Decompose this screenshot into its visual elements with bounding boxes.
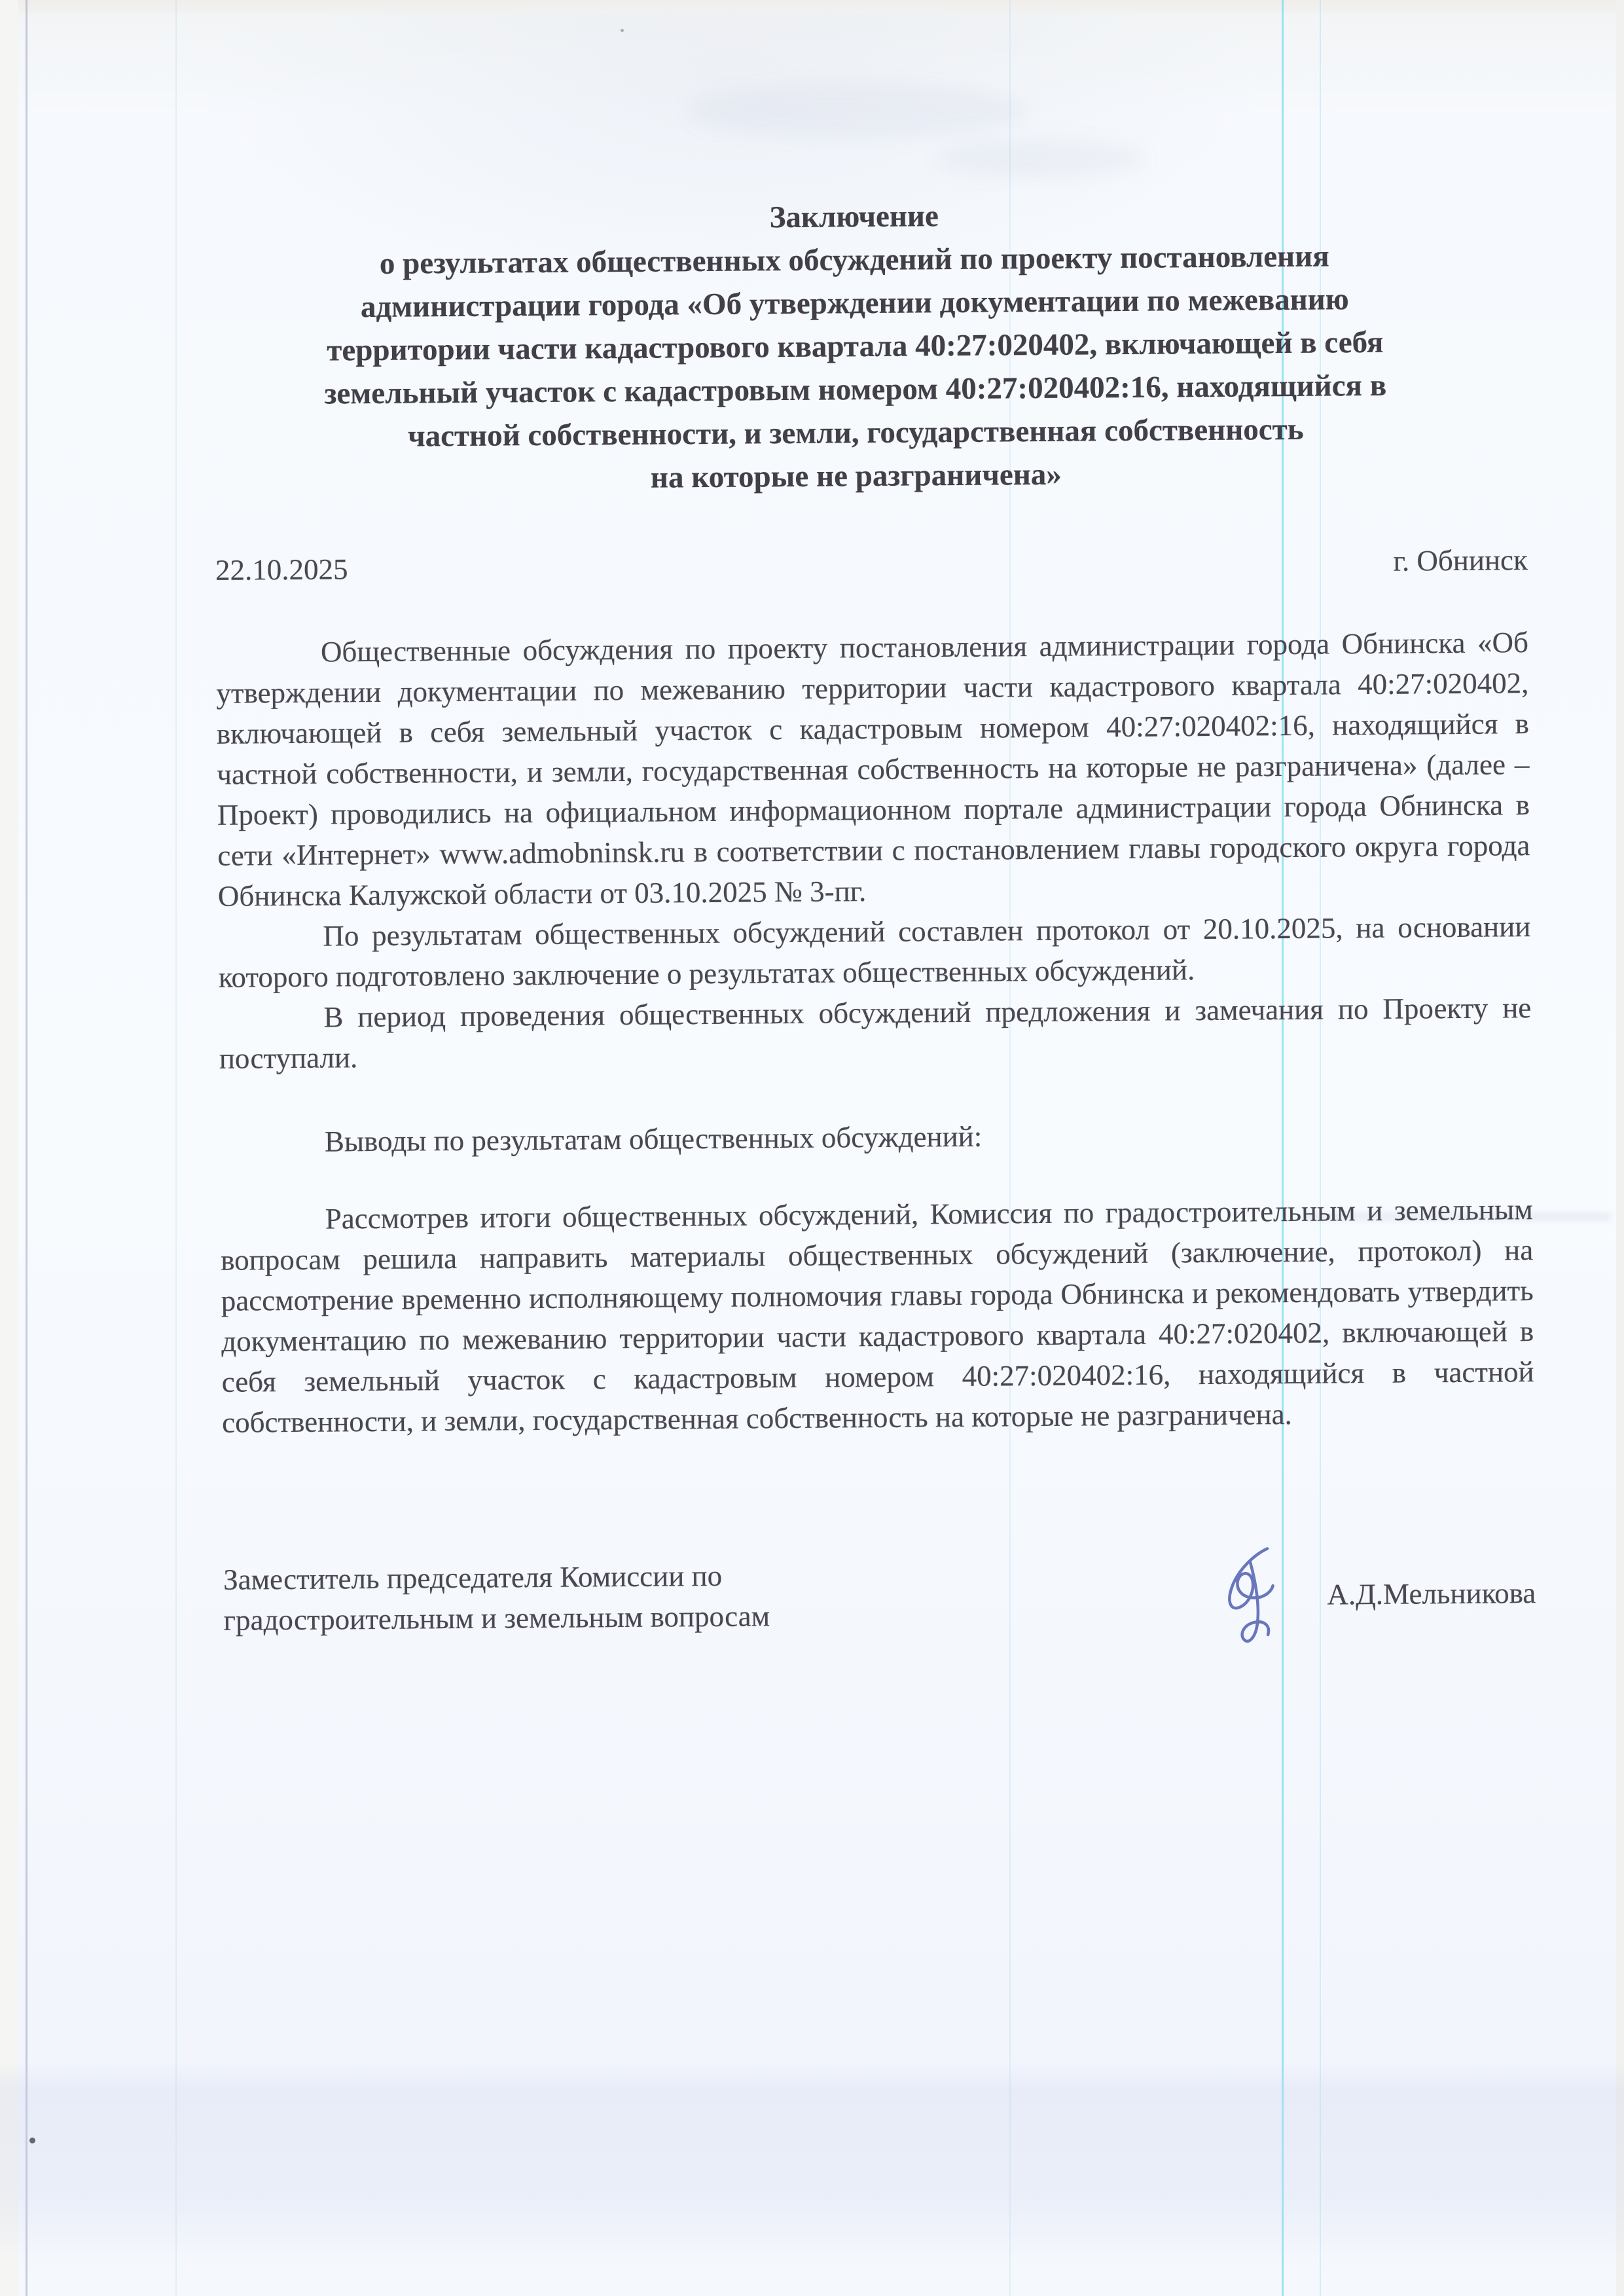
scan-edge-left [0,0,18,2296]
document-title: Заключение о результатах общественных об… [213,191,1498,503]
date-place-line: 22.10.2025 г. Обнинск [215,539,1528,591]
signatory-role: Заместитель председателя Комиссии по гра… [223,1555,770,1641]
paragraph-protocol: По результатам общественных обсуждений с… [218,906,1531,998]
signature-block: Заместитель председателя Комиссии по гра… [223,1549,1536,1641]
paragraph-discussions-held: Общественные обсуждения по проекту поста… [216,622,1530,917]
conclusions-heading: Выводы по результатам общественных обсуж… [220,1112,1532,1163]
paragraph-no-comments: В период проведения общественных обсужде… [219,987,1532,1079]
scanner-line-faint-1 [175,0,177,2296]
paragraph-conclusion: Рассмотрев итоги общественных обсуждений… [221,1189,1535,1443]
scan-fold-line [26,0,27,2296]
signature-ink [1206,1539,1293,1652]
scanned-document-page: Заключение о результатах общественных об… [0,0,1624,2296]
document-place: г. Обнинск [1393,539,1528,581]
paper-speck [29,2138,35,2143]
document-date: 22.10.2025 [215,549,348,591]
document-content: Заключение о результатах общественных об… [211,0,1536,1641]
signatory-name: А.Д.Мельникова [1327,1549,1536,1615]
scan-edge-right [1616,0,1624,2296]
signature-stroke-1 [1229,1548,1273,1608]
paper-tint-band [0,2062,1624,2252]
